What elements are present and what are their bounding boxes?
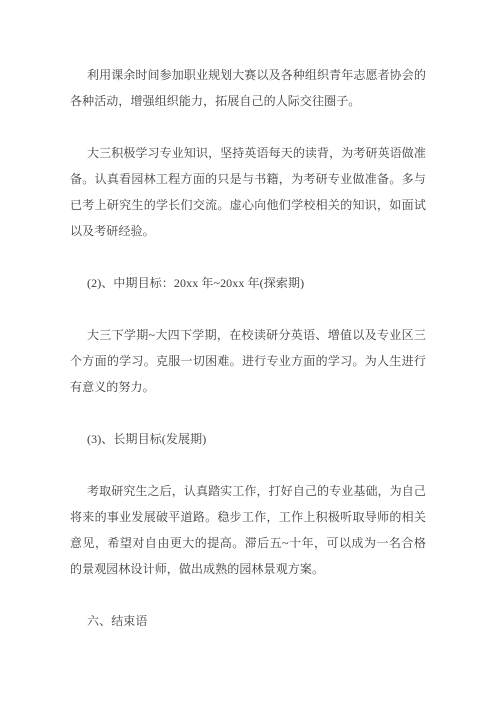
- heading-long-term-goal: (3)、长期目标(发展期): [70, 426, 426, 452]
- document-page: 利用课余时间参加职业规划大赛以及各种组织青年志愿者协会的各种活动，增强组织能力，…: [0, 0, 500, 708]
- document-text-block: 利用课余时间参加职业规划大赛以及各种组织青年志愿者协会的各种活动，增强组织能力，…: [70, 62, 426, 660]
- heading-mid-term-goal: (2)、中期目标：20xx 年~20xx 年(探索期): [70, 270, 426, 296]
- paragraph-extracurricular-activities: 利用课余时间参加职业规划大赛以及各种组织青年志愿者协会的各种活动，增强组织能力，…: [70, 62, 426, 114]
- paragraph-junior-year-study: 大三积极学习专业知识，坚持英语每天的读背，为考研英语做准备。认真看园林工程方面的…: [70, 140, 426, 244]
- heading-conclusion: 六、结束语: [70, 608, 426, 634]
- paragraph-mid-term-plan: 大三下学期~大四下学期，在校读研分英语、增值以及专业区三个方面的学习。克服一切困…: [70, 322, 426, 400]
- paragraph-long-term-plan: 考取研究生之后，认真踏实工作，打好自己的专业基础，为自己将来的事业发展破平道路。…: [70, 478, 426, 582]
